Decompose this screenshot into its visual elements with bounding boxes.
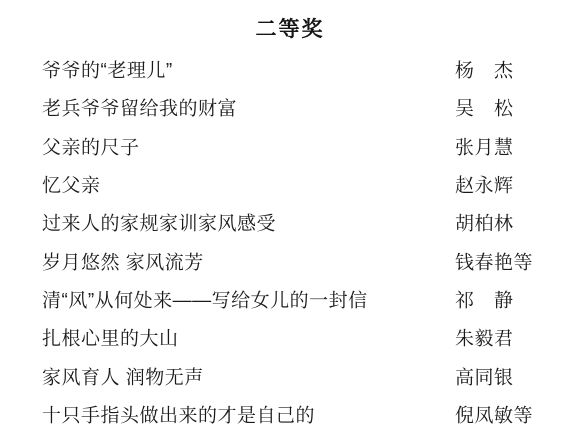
entry-row: 老兵爷爷留给我的财富 吴 松: [0, 88, 580, 126]
work-title: 岁月悠然 家风流芳: [42, 247, 204, 274]
page-title: 二等奖: [0, 13, 580, 43]
entry-row: 扎根心里的大山 朱毅君: [0, 318, 580, 356]
entry-row: 十只手指头做出来的才是自己的 倪凤敏等: [0, 395, 580, 433]
work-title: 家风育人 润物无声: [42, 362, 204, 389]
entry-row: 家风育人 润物无声 高同银: [0, 356, 580, 394]
award-list-page: 二等奖 爷爷的“老理儿” 杨 杰 老兵爷爷留给我的财富 吴 松 父亲的尺子 张月…: [0, 0, 580, 446]
work-title: 过来人的家规家训家风感受: [42, 209, 276, 236]
author-name: 吴 松: [455, 94, 514, 121]
author-name: 杨 杰: [455, 56, 514, 83]
author-name: 祁 静: [455, 285, 514, 312]
author-name: 胡柏林: [455, 209, 514, 236]
work-title: 扎根心里的大山: [42, 324, 179, 351]
author-name: 赵永辉: [455, 171, 514, 198]
author-name: 朱毅君: [455, 324, 514, 351]
entry-row: 岁月悠然 家风流芳 钱春艳等: [0, 241, 580, 279]
entry-row: 过来人的家规家训家风感受 胡柏林: [0, 203, 580, 241]
work-title: 父亲的尺子: [42, 132, 140, 159]
work-title: 十只手指头做出来的才是自己的: [42, 400, 315, 427]
entry-row: 父亲的尺子 张月慧: [0, 127, 580, 165]
entry-row: 忆父亲 赵永辉: [0, 165, 580, 203]
award-entries: 爷爷的“老理儿” 杨 杰 老兵爷爷留给我的财富 吴 松 父亲的尺子 张月慧 忆父…: [0, 50, 580, 433]
author-name: 钱春艳等: [455, 247, 533, 274]
work-title: 清“风”从何处来——写给女儿的一封信: [42, 285, 368, 312]
author-name: 倪凤敏等: [455, 400, 533, 427]
entry-row: 爷爷的“老理儿” 杨 杰: [0, 50, 580, 88]
work-title: 忆父亲: [42, 171, 101, 198]
work-title: 老兵爷爷留给我的财富: [42, 94, 237, 121]
author-name: 张月慧: [455, 132, 514, 159]
work-title: 爷爷的“老理儿”: [42, 56, 173, 83]
entry-row: 清“风”从何处来——写给女儿的一封信 祁 静: [0, 280, 580, 318]
author-name: 高同银: [455, 362, 514, 389]
